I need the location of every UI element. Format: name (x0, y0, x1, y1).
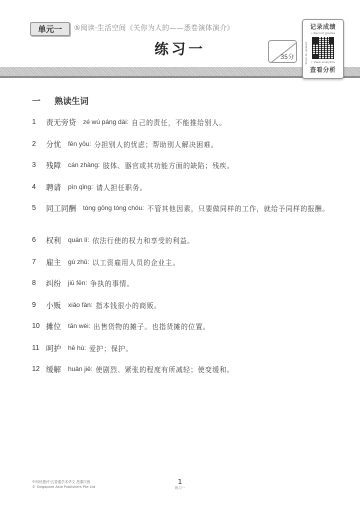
vocab-pinyin: xiǎo fàn: (68, 301, 93, 311)
vocab-word: 残障 (46, 161, 61, 171)
vocab-definition: 以工资雇用人员的企业主。 (92, 258, 180, 268)
vocab-number: 7 (32, 258, 46, 268)
vocab-list: 1 责无旁贷 zé wú páng dài: 自己的责任，不能推给别人。 2 分… (32, 118, 332, 387)
qr-bottom-label: 查看分析 (310, 65, 336, 74)
vocab-item: 6 权利 quán lì: 依法行使的权力和享受的利益。 (32, 236, 332, 258)
vocab-item: 1 责无旁贷 zé wú páng dài: 自己的责任，不能推给别人。 (32, 118, 332, 140)
vocab-item: 5 同工同酬 tóng gōng tóng chóu: 不管其他因素，只要做同样… (32, 204, 332, 236)
vocab-item: 9 小贩 xiǎo fàn: 指本钱很小的商贩。 (32, 301, 332, 323)
vocab-word: 摊位 (46, 322, 61, 332)
qr-top-sub: • Record grades (311, 31, 335, 35)
unit-subtitle: ⑤阅读·生活空间《关你为人的——悉卷演体演介》 (74, 23, 234, 33)
vocab-pinyin: quán lì: (68, 236, 89, 246)
vocab-number: 4 (32, 183, 46, 193)
vocab-pinyin: pìn qǐng: (68, 183, 93, 193)
qr-code-icon[interactable] (311, 36, 335, 60)
vocab-word: 小贩 (46, 301, 61, 311)
vocab-pinyin: huǎn jiě: (68, 365, 93, 375)
vocab-pinyin: tóng gōng tóng chóu: (83, 204, 144, 214)
vocab-word: 雇主 (46, 258, 61, 268)
vocab-number: 8 (32, 279, 46, 289)
vocab-pinyin: hē hù: (68, 344, 86, 354)
score-total: 35分 (280, 52, 294, 61)
vocab-item: 7 雇主 gù zhǔ: 以工资雇用人员的企业主。 (32, 258, 332, 280)
vocab-pinyin: tān wèi: (68, 322, 90, 332)
vocab-number: 10 (32, 322, 46, 332)
vocab-definition: 爱护；保护。 (89, 344, 133, 354)
vocab-word: 权利 (46, 236, 61, 246)
vocab-word: 同工同酬 (46, 204, 76, 214)
vocab-word: 分忧 (46, 140, 61, 150)
vocab-word: 责无旁贷 (46, 118, 76, 128)
page-label: 练习一 (0, 486, 360, 491)
qr-bottom-sub: • View analytics (311, 60, 335, 64)
qr-card[interactable]: 记录成绩 • Record grades Scan to upload • Vi… (302, 19, 344, 79)
section-title: 熟读生词 (55, 95, 89, 107)
footer-page: 1 练习一 (0, 478, 360, 491)
vocab-item: 4 聘请 pìn qǐng: 请人担任职务。 (32, 183, 332, 205)
vocab-definition: 指本钱很小的商贩。 (96, 301, 162, 311)
page-number: 1 (0, 478, 360, 486)
vocab-pinyin: gù zhǔ: (68, 258, 89, 268)
vocab-item: 2 分忧 fēn yōu: 分担别人的忧虑；帮助别人解决困难。 (32, 140, 332, 162)
vocab-definition: 自己的责任，不能推给别人。 (132, 118, 227, 128)
score-box: 35分 (268, 40, 297, 63)
vocab-item: 8 纠纷 jiū fēn: 争执的事情。 (32, 279, 332, 301)
vocab-pinyin: cán zhàng: (68, 161, 100, 171)
vocab-word: 纠纷 (46, 279, 61, 289)
vocab-definition: 争执的事情。 (90, 279, 134, 289)
vocab-number: 3 (32, 161, 46, 171)
vocab-item: 11 呵护 hē hù: 爱护；保护。 (32, 344, 332, 366)
vocab-item: 10 摊位 tān wèi: 出售货物的摊子。也指货摊的位置。 (32, 322, 332, 344)
vocab-number: 5 (32, 204, 46, 214)
vocab-number: 2 (32, 140, 46, 150)
vocab-number: 11 (32, 344, 46, 354)
unit-badge: 单元一 (30, 22, 70, 36)
vocab-number: 6 (32, 236, 46, 246)
vocab-definition: 肢体、器官或其功能方面的缺陷；残疾。 (103, 161, 234, 171)
vocab-definition: 出售货物的摊子。也指货摊的位置。 (93, 322, 210, 332)
vocab-definition: 不管其他因素，只要做同样的工作，就给予同样的报酬。 (147, 204, 329, 214)
vocab-item: 12 缓解 huǎn jiě: 使剧烈、紧张的程度有所减轻；使变缓和。 (32, 365, 332, 387)
vocab-definition: 依法行使的权力和享受的利益。 (92, 236, 194, 246)
vocab-number: 12 (32, 365, 46, 375)
qr-side-label: Scan to upload (304, 42, 308, 64)
vocab-number: 1 (32, 118, 46, 128)
vocab-number: 9 (32, 301, 46, 311)
vocab-word: 缓解 (46, 365, 61, 375)
vocab-definition: 使剧烈、紧张的程度有所减轻；使变缓和。 (96, 365, 235, 375)
vocab-pinyin: fēn yōu: (68, 140, 91, 150)
qr-top-label: 记录成绩 (310, 22, 336, 31)
vocab-definition: 分担别人的忧虑；帮助别人解决困难。 (94, 140, 218, 150)
vocab-definition: 请人担任职务。 (96, 183, 147, 193)
vocab-item: 3 残障 cán zhàng: 肢体、器官或其功能方面的缺陷；残疾。 (32, 161, 332, 183)
vocab-word: 呵护 (46, 344, 61, 354)
vocab-word: 聘请 (46, 183, 61, 193)
vocab-pinyin: zé wú páng dài: (83, 118, 129, 128)
section-heading: 一 熟读生词 (32, 95, 89, 107)
section-number: 一 (32, 95, 41, 107)
vocab-pinyin: jiū fēn: (68, 279, 87, 289)
